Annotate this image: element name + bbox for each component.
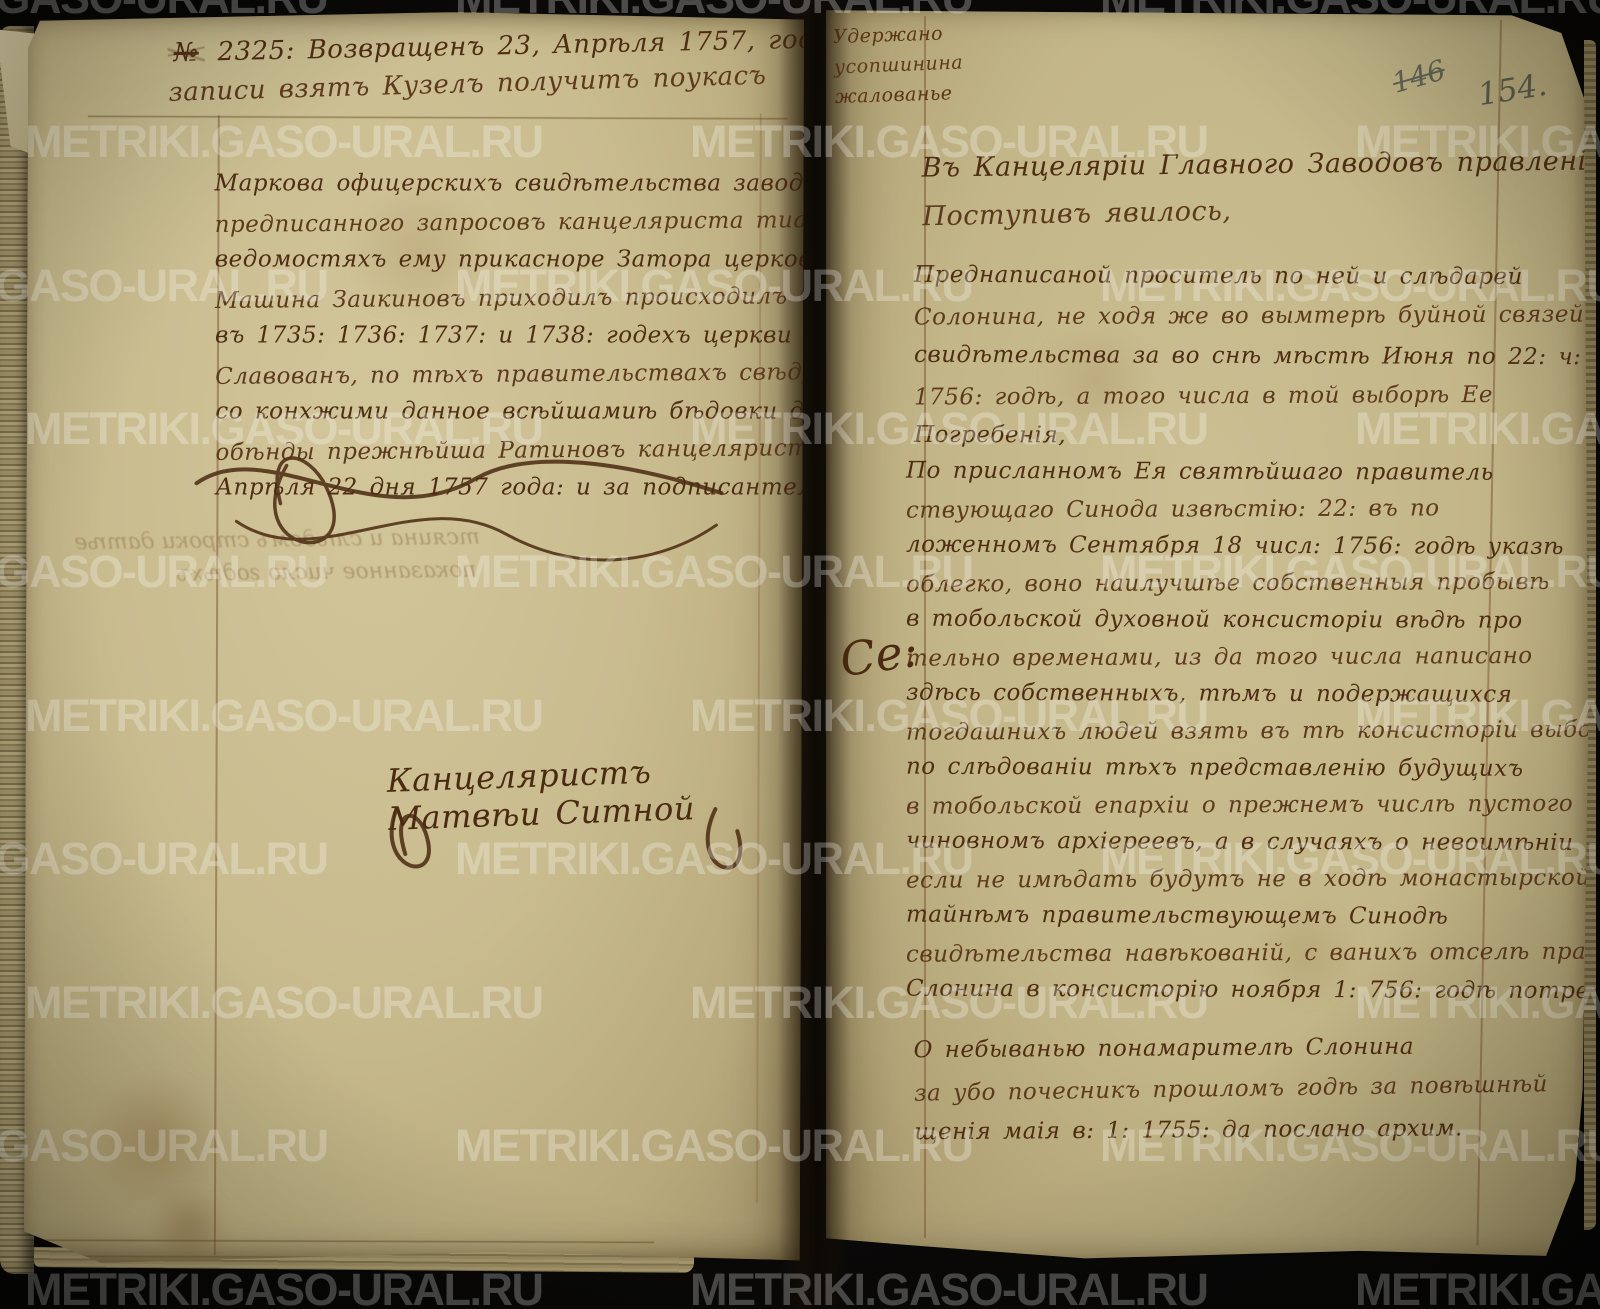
stain bbox=[94, 1061, 215, 1221]
right-page-paragraph-2: По присланномъ Ея святѣйшаго правительст… bbox=[906, 454, 1600, 1009]
margin-note-withheld-salary: Удержаноусопшининажалованье bbox=[832, 18, 964, 112]
manuscript-scan: № 2325: Возвращенъ 23, Апрѣля 1757, года… bbox=[0, 0, 1600, 1309]
manuscript-line: Преднаписаной проситель по ней и слѣдаре… bbox=[914, 255, 1584, 297]
watermark-text: METRIKI.GASO-URAL.RU bbox=[690, 1264, 1207, 1309]
margin-note-line: жалованье bbox=[835, 78, 965, 112]
manuscript-line: если не имѣдать будутъ не в ходѣ монасты… bbox=[906, 859, 1600, 899]
margin-note-line: усопшинина bbox=[833, 47, 963, 82]
left-page-top-crease bbox=[88, 115, 788, 120]
manuscript-line: тайнѣмъ правительствующемъ Синодѣ bbox=[906, 897, 1600, 937]
left-page-bottom-crease bbox=[34, 1239, 654, 1244]
manuscript-line: Слонина в консисторію ноября 1: 756: год… bbox=[906, 971, 1600, 1011]
manuscript-line: чиновномъ архіереевъ, а в случаяхъ о нев… bbox=[906, 823, 1600, 863]
manuscript-line: по слѣдованіи тѣхъ представленію будущих… bbox=[906, 749, 1600, 789]
manuscript-line: тогдашнихъ людей взять въ тѣ консисторіи… bbox=[906, 711, 1600, 751]
margin-note-se: Се: bbox=[837, 623, 922, 687]
manuscript-line: свидѣтельства навѣкованій, с ванихъ отсе… bbox=[906, 933, 1600, 973]
manuscript-line: здѣсь собственныхъ, тѣмъ и подержащихся bbox=[906, 675, 1600, 715]
clerk-flourish bbox=[385, 802, 805, 893]
manuscript-line: По присланномъ Ея святѣйшаго правитель bbox=[906, 453, 1600, 493]
left-page-header: № 2325: Возвращенъ 23, Апрѣля 1757, года… bbox=[167, 20, 832, 110]
watermark-text: METRIKI.GASO-URAL.RU bbox=[1355, 1264, 1600, 1309]
left-page: № 2325: Возвращенъ 23, Апрѣля 1757, года… bbox=[24, 11, 804, 1266]
manuscript-line: ствующаго Синода извѣстію: 22: въ по bbox=[906, 489, 1600, 529]
manuscript-line: Погребенія, bbox=[914, 415, 1584, 457]
manuscript-line: 1756: годѣ, а того числа в той выборѣ Ее bbox=[914, 375, 1584, 418]
stain bbox=[144, 1191, 234, 1261]
right-page-paragraph-3: О небыванью понамарителѣ Слониназа убо п… bbox=[913, 1025, 1548, 1155]
manuscript-line: тельно временами, из да того числа напис… bbox=[906, 637, 1600, 677]
right-page-paragraph-1: Преднаписаной проситель по ней и слѣдаре… bbox=[914, 256, 1584, 456]
margin-note-line: Удержано bbox=[833, 18, 963, 52]
right-page-heading: Въ Канцеляріи Главного Заводовъ правлені… bbox=[921, 137, 1600, 239]
manuscript-line: О небыванью понамарителѣ Слонина bbox=[913, 1026, 1547, 1071]
heading-line-2: Поступивъ явилось, bbox=[922, 182, 1600, 241]
manuscript-line: облегко, воно наилучшѣе собственныя проб… bbox=[906, 563, 1600, 603]
manuscript-line: в тобольской духовной консисторіи вѣдѣ п… bbox=[906, 601, 1600, 641]
crossed-out-number: № bbox=[167, 34, 205, 72]
manuscript-line: в тобольской епархіи о прежнемъ числѣ пу… bbox=[906, 785, 1600, 825]
manuscript-line: щенія маія в: 1: 1755: да послано архим. bbox=[914, 1108, 1548, 1153]
manuscript-line: ложенномъ Сентября 18 числ: 1756: годѣ у… bbox=[906, 527, 1600, 567]
page-number-old: 146 bbox=[1388, 53, 1448, 99]
manuscript-line: Солонина, не ходя же во вымтерѣ буйной с… bbox=[914, 295, 1584, 338]
right-page: Удержаноусопшининажалованье 146 154. Въ … bbox=[826, 4, 1588, 1266]
signature-flourish bbox=[176, 425, 737, 577]
page-number-new: 154. bbox=[1476, 67, 1550, 113]
manuscript-line: за убо почесникъ прошломъ годѣ за повѣшн… bbox=[914, 1064, 1548, 1114]
manuscript-line: свидѣтельства за во снѣ мѣстѣ Июня по 22… bbox=[914, 335, 1584, 377]
